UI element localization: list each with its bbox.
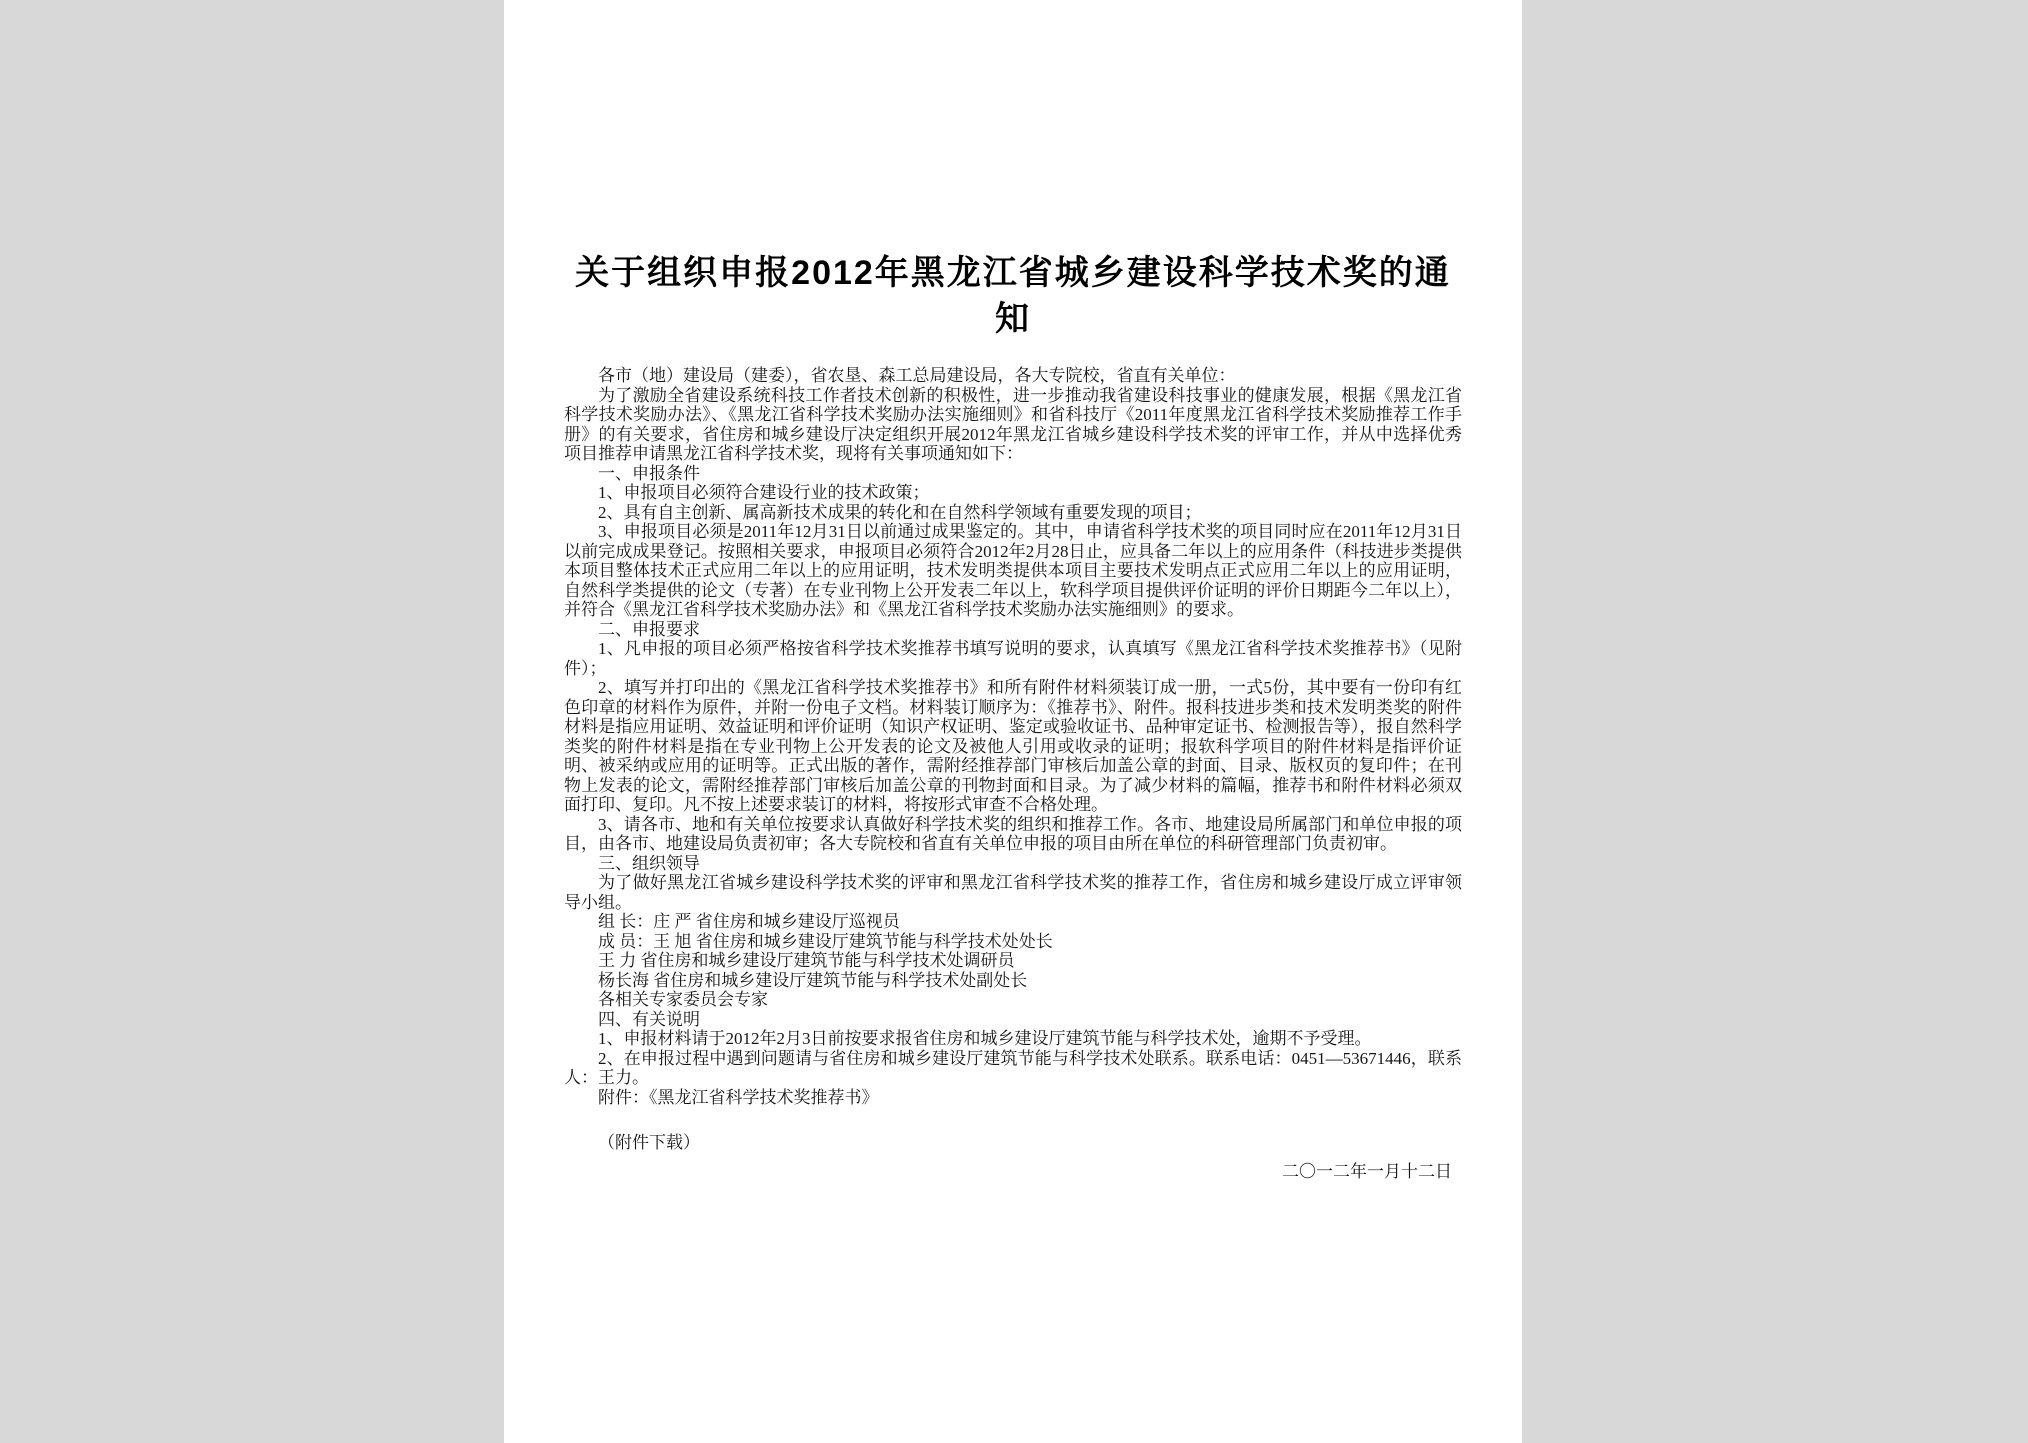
section-2-heading: 二、申报要求 [564, 620, 1462, 640]
section-2-item-1: 1、凡申报的项目必须严格按省科学技术奖推荐书填写说明的要求，认真填写《黑龙江省科… [564, 639, 1462, 678]
document-title-line2: 知 [995, 300, 1031, 338]
section-2-item-3: 3、请各市、地和有关单位按要求认真做好科学技术奖的组织和推荐工作。各市、地建设局… [564, 815, 1462, 854]
salutation: 各市（地）建设局（建委），省农垦、森工总局建设局，各大专院校，省直有关单位： [564, 366, 1462, 386]
section-1-heading: 一、申报条件 [564, 464, 1462, 484]
section-4-heading: 四、有关说明 [564, 1010, 1462, 1030]
section-3-intro: 为了做好黑龙江省城乡建设科学技术奖的评审和黑龙江省科学技术奖的推荐工作，省住房和… [564, 873, 1462, 912]
document-title-line1: 关于组织申报2012年黑龙江省城乡建设科学技术奖的通 [575, 254, 1451, 292]
leader-group-head: 组 长：庄 严 省住房和城乡建设厅巡视员 [564, 912, 1462, 932]
section-4-item-1: 1、申报材料请于2012年2月3日前按要求报省住房和城乡建设厅建筑节能与科学技术… [564, 1029, 1462, 1049]
section-3-heading: 三、组织领导 [564, 854, 1462, 874]
document-date: 二〇一二年一月十二日 [564, 1162, 1452, 1182]
section-2-item-2: 2、填写并打印出的《黑龙江省科学技术奖推荐书》和所有附件材料须装订成一册，一式5… [564, 678, 1462, 815]
document-title: 关于组织申报2012年黑龙江省城乡建设科学技术奖的通 知 [564, 250, 1462, 342]
leader-experts: 各相关专家委员会专家 [564, 990, 1462, 1010]
section-1-item-1: 1、申报项目必须符合建设行业的技术政策； [564, 483, 1462, 503]
leader-member-1: 成 员：王 旭 省住房和城乡建设厅建筑节能与科学技术处处长 [564, 932, 1462, 952]
attachment-line: 附件：《黑龙江省科学技术奖推荐书》 [564, 1088, 1462, 1108]
section-4-item-2: 2、在申报过程中遇到问题请与省住房和城乡建设厅建筑节能与科学技术处联系。联系电话… [564, 1049, 1462, 1088]
section-1-item-3: 3、申报项目必须是2011年12月31日以前通过成果鉴定的。其中，申请省科学技术… [564, 522, 1462, 620]
intro-paragraph: 为了激励全省建设系统科技工作者技术创新的积极性，进一步推动我省建设科技事业的健康… [564, 386, 1462, 464]
leader-member-3: 杨长海 省住房和城乡建设厅建筑节能与科学技术处副处长 [564, 971, 1462, 991]
document-page: 关于组织申报2012年黑龙江省城乡建设科学技术奖的通 知 各市（地）建设局（建委… [504, 0, 1522, 1443]
section-1-item-2: 2、具有自主创新、属高新技术成果的转化和在自然科学领域有重要发现的项目； [564, 503, 1462, 523]
attachment-download-link[interactable]: （附件下载） [564, 1133, 1462, 1153]
leader-member-2: 王 力 省住房和城乡建设厅建筑节能与科学技术处调研员 [564, 951, 1462, 971]
